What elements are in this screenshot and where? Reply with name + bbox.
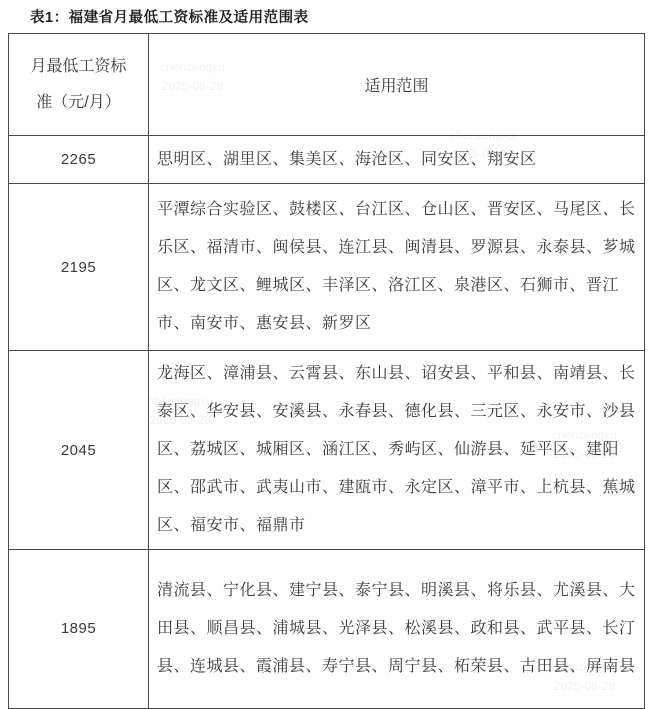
header-wage-standard: 月最低工资标准（元/月）	[9, 34, 149, 136]
table-row: 2195 平潭综合实验区、鼓楼区、台江区、仓山区、晋安区、马尾区、长乐区、福清市…	[9, 184, 645, 351]
minimum-wage-table: 月最低工资标准（元/月） 适用范围 2265 思明区、湖里区、集美区、海沧区、同…	[8, 33, 645, 709]
table-row: 2045 龙海区、漳浦县、云霄县、东山县、诏安县、平和县、南靖县、长泰区、华安县…	[9, 351, 645, 550]
document-page: 表1：福建省月最低工资标准及适用范围表 月最低工资标准（元/月） 适用范围 22…	[0, 0, 652, 709]
wage-value: 2265	[9, 136, 149, 184]
table-row: 2265 思明区、湖里区、集美区、海沧区、同安区、翔安区	[9, 136, 645, 184]
scope-value: 平潭综合实验区、鼓楼区、台江区、仓山区、晋安区、马尾区、长乐区、福清市、闽侯县、…	[149, 184, 645, 351]
wage-value: 2195	[9, 184, 149, 351]
wage-value: 2045	[9, 351, 149, 550]
table-title: 表1：福建省月最低工资标准及适用范围表	[30, 6, 309, 27]
header-applicable-scope: 适用范围	[149, 34, 645, 136]
table-row: 1895 清流县、宁化县、建宁县、泰宁县、明溪县、将乐县、尤溪县、大田县、顺昌县…	[9, 550, 645, 709]
table-header-row: 月最低工资标准（元/月） 适用范围	[9, 34, 645, 136]
scope-value: 龙海区、漳浦县、云霄县、东山县、诏安县、平和县、南靖县、长泰区、华安县、安溪县、…	[149, 351, 645, 550]
scope-value: 思明区、湖里区、集美区、海沧区、同安区、翔安区	[149, 136, 645, 184]
scope-value: 清流县、宁化县、建宁县、泰宁县、明溪县、将乐县、尤溪县、大田县、顺昌县、浦城县、…	[149, 550, 645, 709]
wage-value: 1895	[9, 550, 149, 709]
